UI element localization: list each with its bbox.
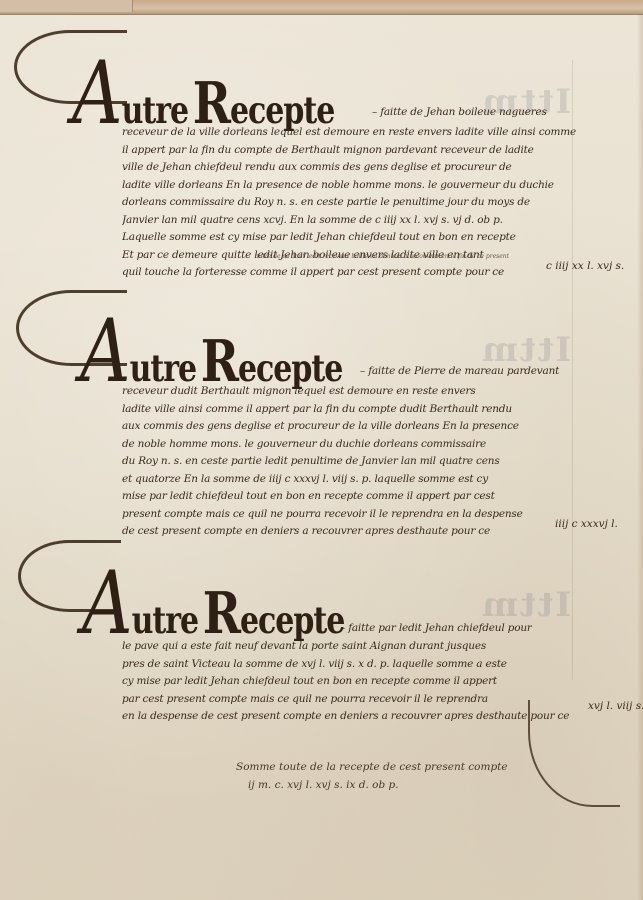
text-line: le pave qui a este fait neuf devant la p… [122,638,592,656]
text-line: Laquelle somme est cy mise par ledit Jeh… [122,229,582,247]
text-line: ladite ville dorleans En la presence de … [122,177,582,195]
decorated-initial: R [203,579,240,647]
total-amount: ij m. c. xvj l. xvj s. ix d. ob p. [236,776,508,794]
text-line: par cest present compte mais ce quil ne … [122,691,592,709]
entry-lead-in: – faitte de Pierre de mareau pardevant [360,363,559,381]
pen-flourish [528,700,620,807]
text-line: pres de saint Victeau la somme de xvj l.… [122,656,592,674]
show-through-text: Ittm [480,585,571,625]
text-line: en la despense de cest present compte en… [122,708,592,726]
text-line: quil touche la forteresse comme il apper… [122,264,582,282]
text-line: receveur dudit Berthault mignon lequel e… [122,383,582,401]
text-line: ville de Jehan chiefdeul rendu aux commi… [122,159,582,177]
text-line: il appert par la fin du compte de Bertha… [122,142,582,160]
page-top-edge [0,0,643,15]
text-line: ladite ville ainsi comme il appert par l… [122,401,582,419]
page-total: Somme toute de la recepte de cest presen… [236,758,508,794]
text-line: mise par ledit chiefdeul tout en bon en … [122,488,582,506]
text-line: present compte mais ce quil ne pourra re… [122,506,582,524]
text-line: dorleans commissaire du Roy n. s. en ces… [122,194,582,212]
text-line: du Roy n. s. en ceste partie ledit penul… [122,453,582,471]
interlinear-note: autre de ce dont ledit receveur baille e… [255,253,509,260]
text-line: et quatorze En la somme de iiij c xxxvj … [122,471,582,489]
entry-body: receveur dudit Berthault mignon lequel e… [122,383,582,541]
text-line: de cest present compte en deniers a reco… [122,523,582,541]
text-line: aux commis des gens deglise et procureur… [122,418,582,436]
entry-body: le pave qui a este fait neuf devant la p… [122,638,592,726]
text-line: Janvier lan mil quatre cens xcvj. En la … [122,212,582,230]
text-line: cy mise par ledit Jehan chiefdeul tout e… [122,673,592,691]
page-right-edge [637,14,643,900]
manuscript-page: Ittm Ittm Ittm Autre Recepte – faitte de… [0,0,643,900]
decorated-initial: A [72,42,122,145]
margin-sum: iiij c xxxvj l. [555,518,618,530]
total-label: Somme toute de la recepte de cest presen… [236,758,508,776]
text-line: receveur de la ville dorleans lequel est… [122,124,582,142]
text-line: de noble homme mons. le gouverneur du du… [122,436,582,454]
entry-lead-in: – faitte de Jehan boileue nagueres [372,104,547,122]
binding-tab [0,0,133,12]
entry-lead-in: – faitte par ledit Jehan chiefdeul pour [340,620,532,638]
margin-sum: c iiij xx l. xvj s. [546,260,624,272]
